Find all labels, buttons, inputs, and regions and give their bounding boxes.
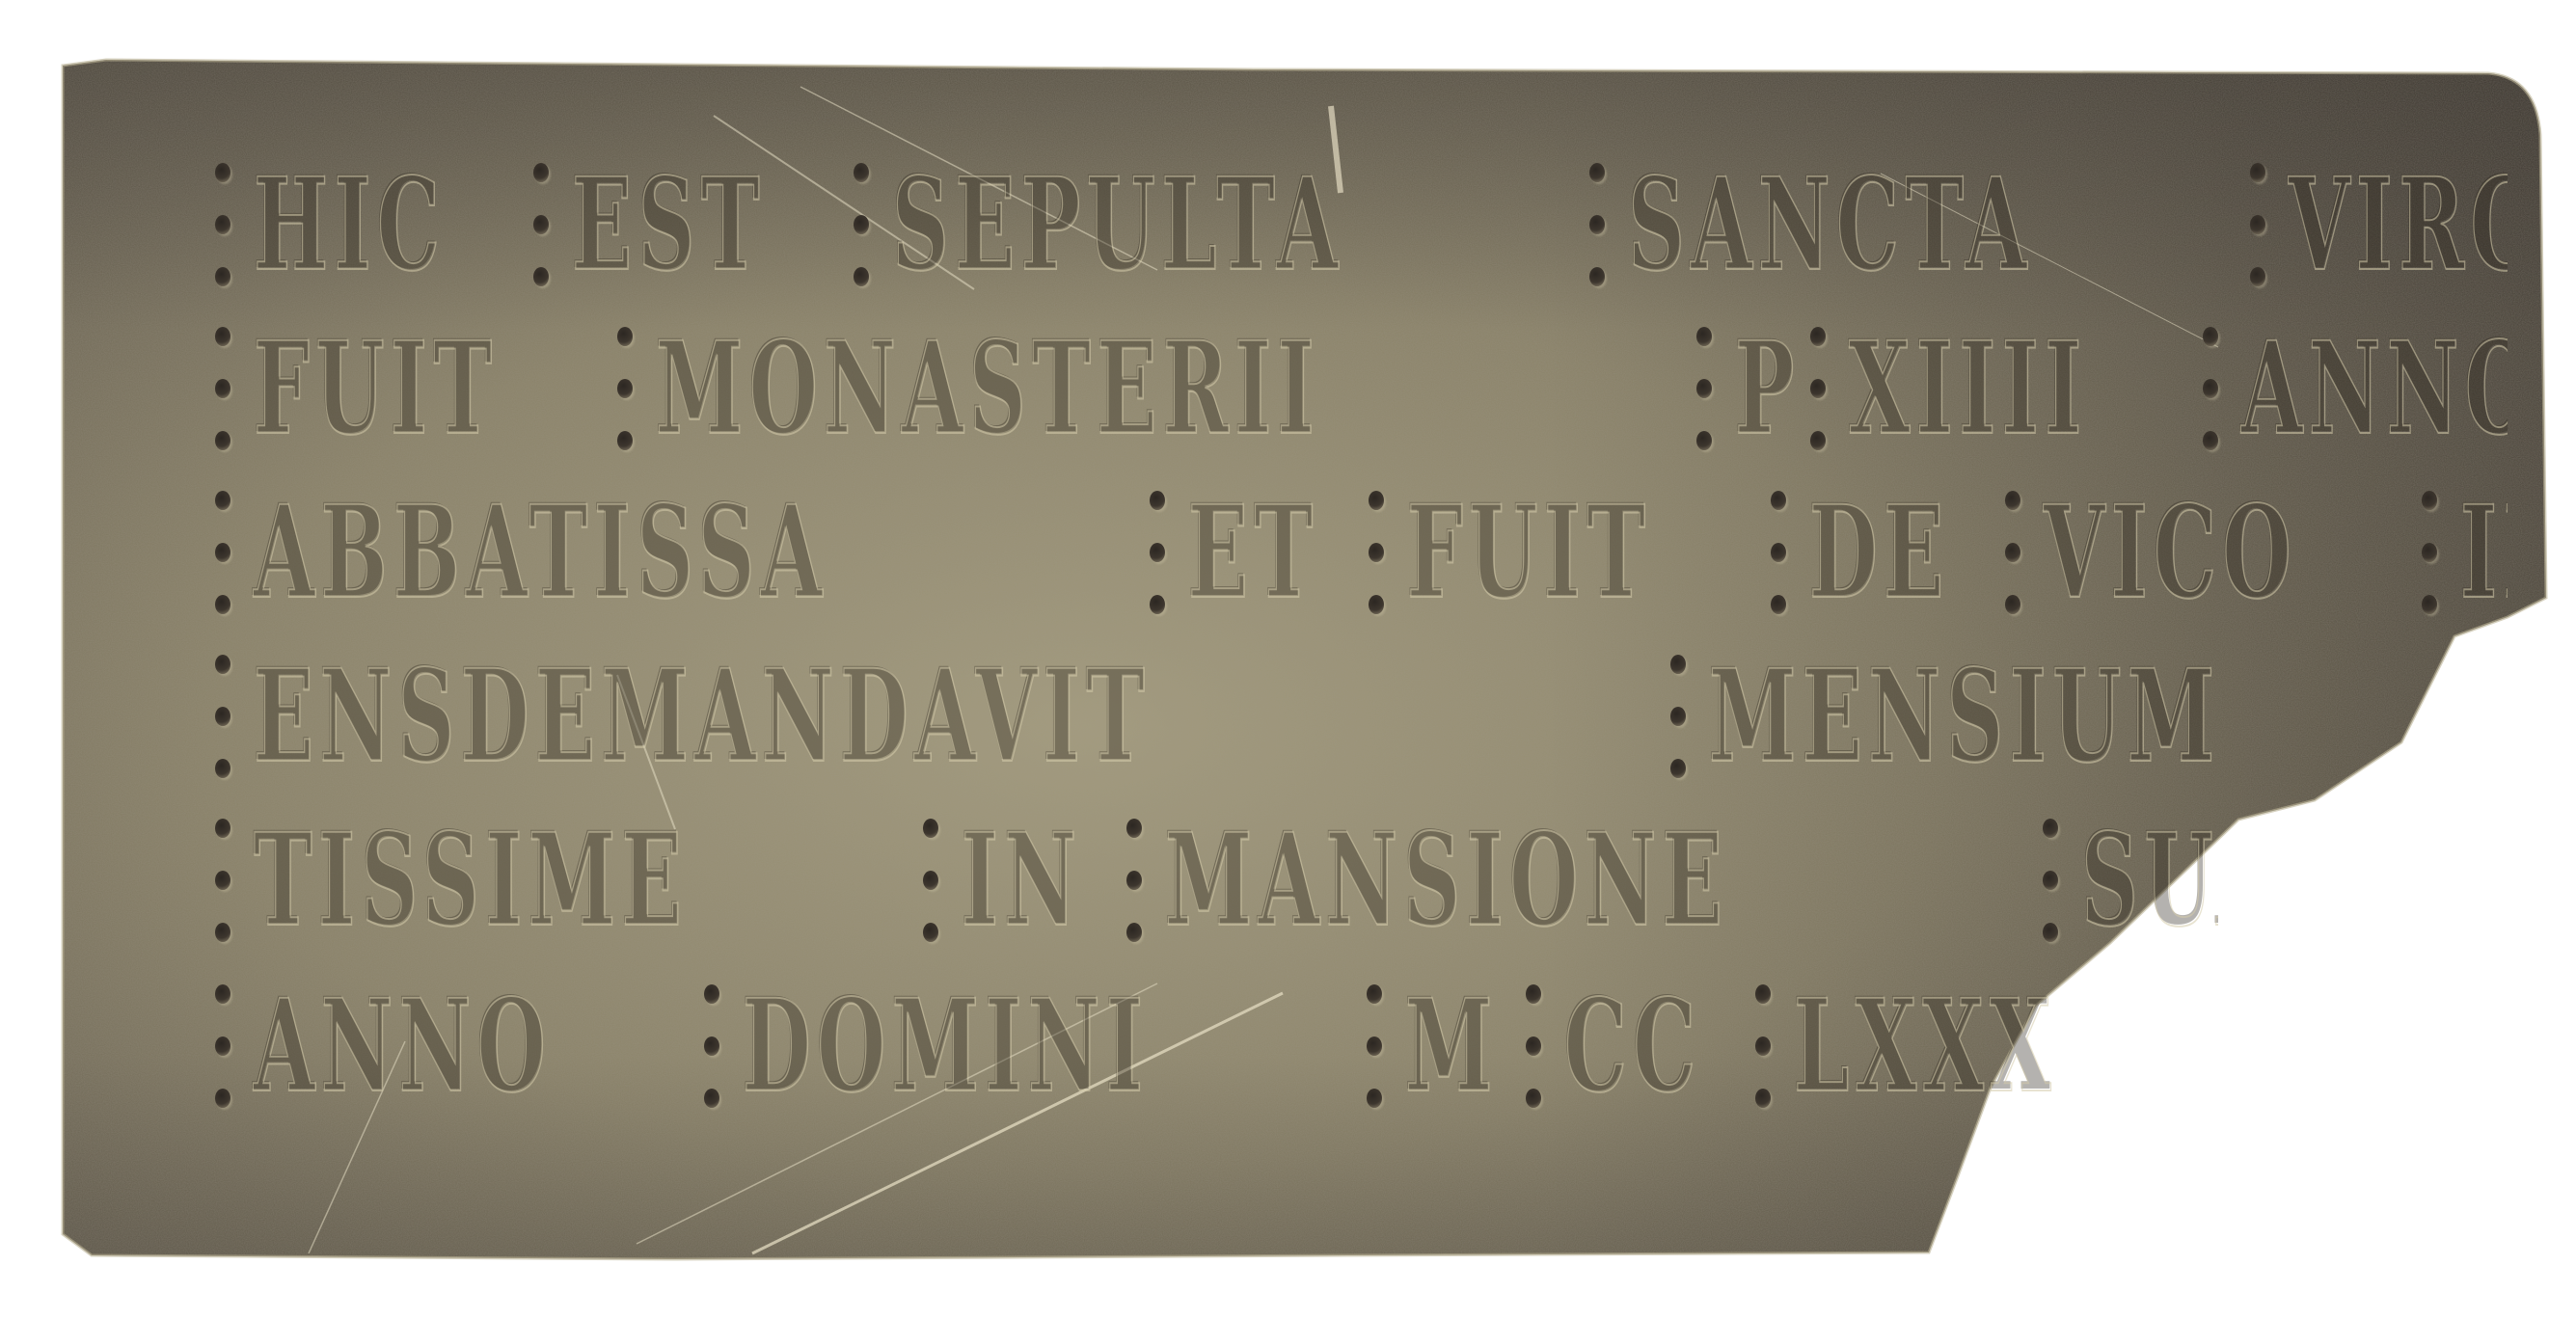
slab-surface (0, 0, 2576, 1319)
stone-slab-photo (0, 0, 2576, 1319)
